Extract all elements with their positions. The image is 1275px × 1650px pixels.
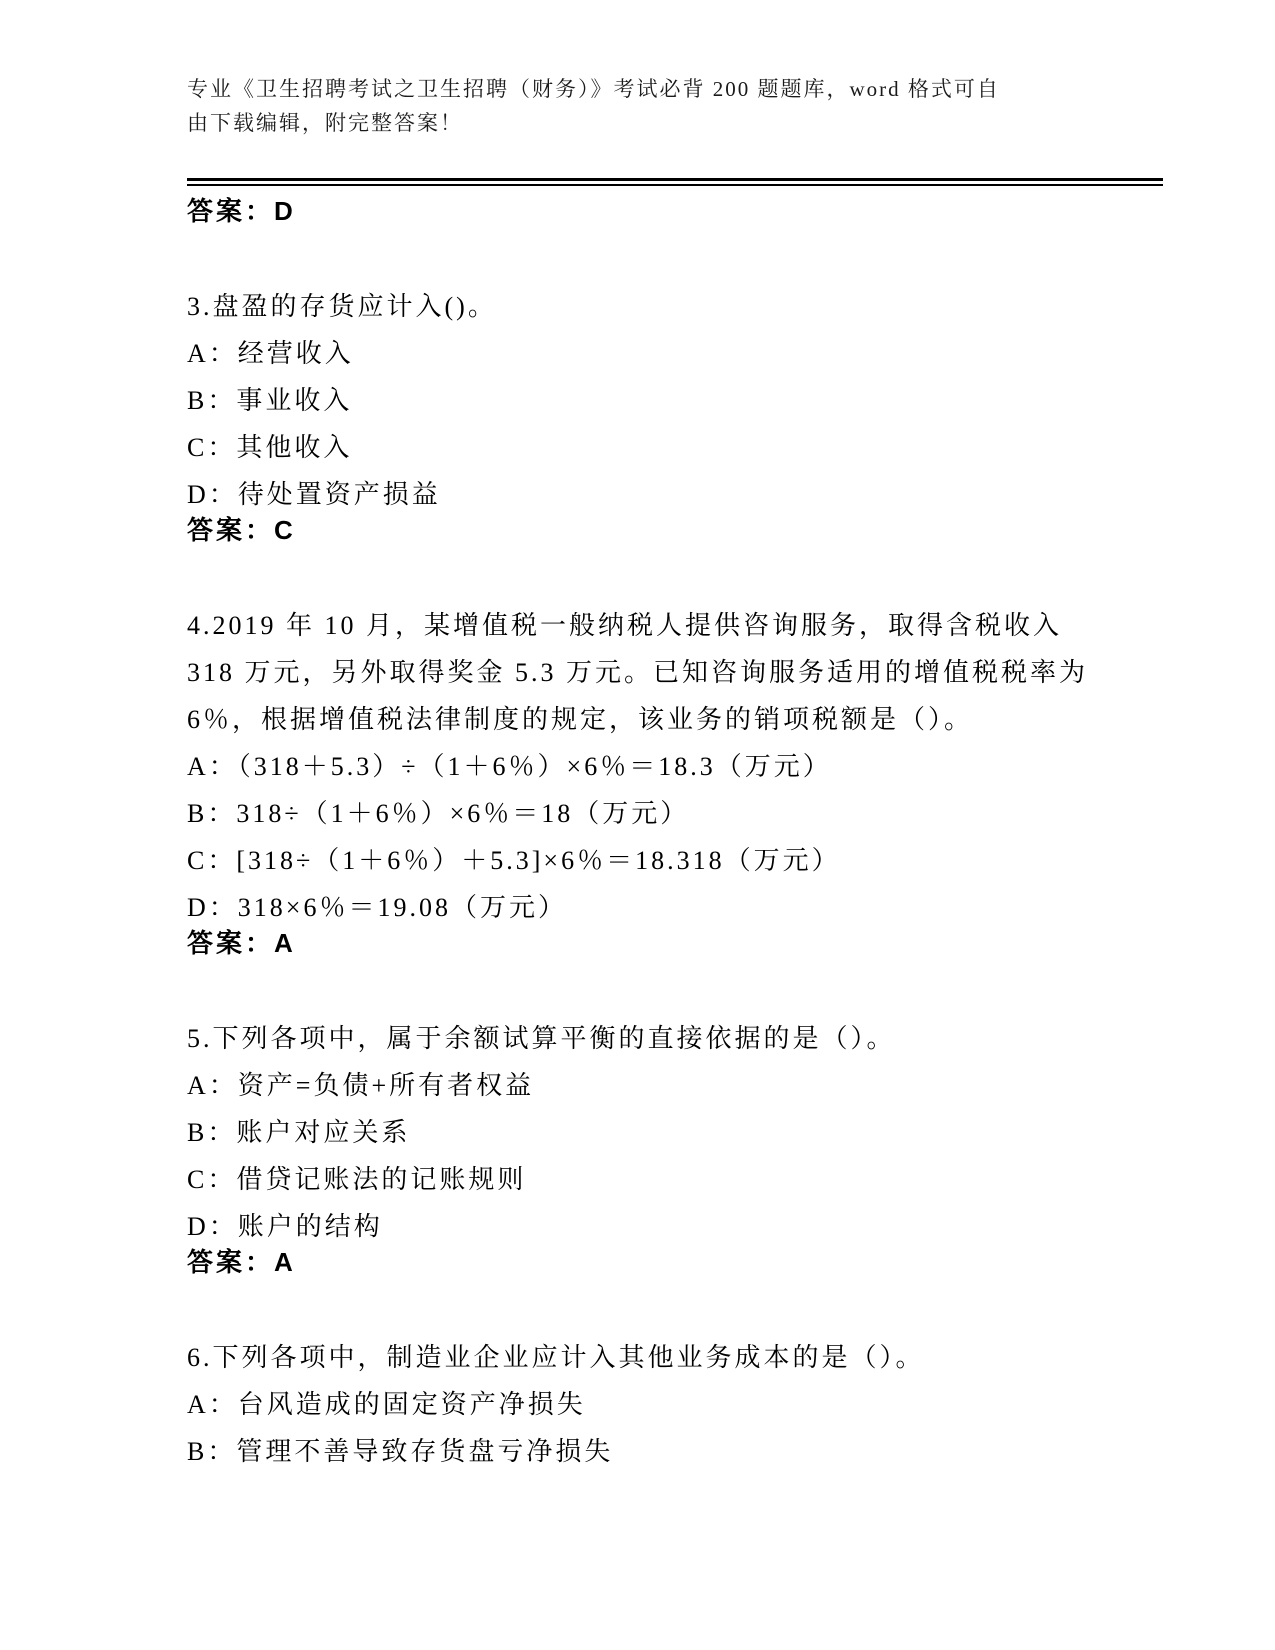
question-6-option-b: B：管理不善导致存货盘亏净损失 — [187, 1428, 1087, 1475]
answer-previous-question: 答案：D — [187, 188, 1087, 235]
question-5-text: 5.下列各项中，属于余额试算平衡的直接依据的是（）。 — [187, 1015, 1087, 1062]
question-4-text-line-2: 318 万元，另外取得奖金 5.3 万元。已知咨询服务适用的增值税税率为 — [187, 649, 1087, 696]
header-text-line-2: 由下载编辑，附完整答案！ — [187, 106, 1087, 140]
question-3-option-a: A：经营收入 — [187, 330, 1087, 377]
question-5-option-a: A：资产=负债+所有者权益 — [187, 1062, 1087, 1109]
question-4-option-b: B：318÷（1＋6％）×6％＝18（万元） — [187, 790, 1087, 837]
question-3-option-c: C：其他收入 — [187, 424, 1087, 471]
question-3-text: 3.盘盈的存货应计入()。 — [187, 283, 1087, 330]
question-4-text-line-1: 4.2019 年 10 月，某增值税一般纳税人提供咨询服务，取得含税收入 — [187, 602, 1087, 649]
question-6-block: 6.下列各项中，制造业企业应计入其他业务成本的是（）。 A：台风造成的固定资产净… — [187, 1334, 1087, 1475]
document-body: 答案：D 3.盘盈的存货应计入()。 A：经营收入 B：事业收入 C：其他收入 … — [187, 186, 1087, 1475]
question-4-text-line-3: 6％，根据增值税法律制度的规定，该业务的销项税额是（）。 — [187, 696, 1087, 743]
question-6-option-a: A：台风造成的固定资产净损失 — [187, 1381, 1087, 1428]
question-4-block: 4.2019 年 10 月，某增值税一般纳税人提供咨询服务，取得含税收入 318… — [187, 602, 1087, 931]
question-3-block: 3.盘盈的存货应计入()。 A：经营收入 B：事业收入 C：其他收入 D：待处置… — [187, 283, 1087, 518]
question-4-option-a: A：（318＋5.3）÷（1＋6％）×6％＝18.3（万元） — [187, 743, 1087, 790]
question-5-block: 5.下列各项中，属于余额试算平衡的直接依据的是（）。 A：资产=负债+所有者权益… — [187, 1015, 1087, 1250]
question-5-option-b: B：账户对应关系 — [187, 1109, 1087, 1156]
question-5-option-c: C：借贷记账法的记账规则 — [187, 1156, 1087, 1203]
page-header: 专业《卫生招聘考试之卫生招聘（财务）》考试必背 200 题题库，word 格式可… — [187, 72, 1087, 140]
header-text-line-1: 专业《卫生招聘考试之卫生招聘（财务）》考试必背 200 题题库，word 格式可… — [187, 72, 1087, 106]
question-4-option-c: C：[318÷（1＋6％）＋5.3]×6％＝18.318（万元） — [187, 837, 1087, 884]
header-double-rule — [187, 178, 1163, 186]
document-page: 专业《卫生招聘考试之卫生招聘（财务）》考试必背 200 题题库，word 格式可… — [0, 0, 1275, 1650]
question-3-option-b: B：事业收入 — [187, 377, 1087, 424]
question-6-text: 6.下列各项中，制造业企业应计入其他业务成本的是（）。 — [187, 1334, 1087, 1381]
